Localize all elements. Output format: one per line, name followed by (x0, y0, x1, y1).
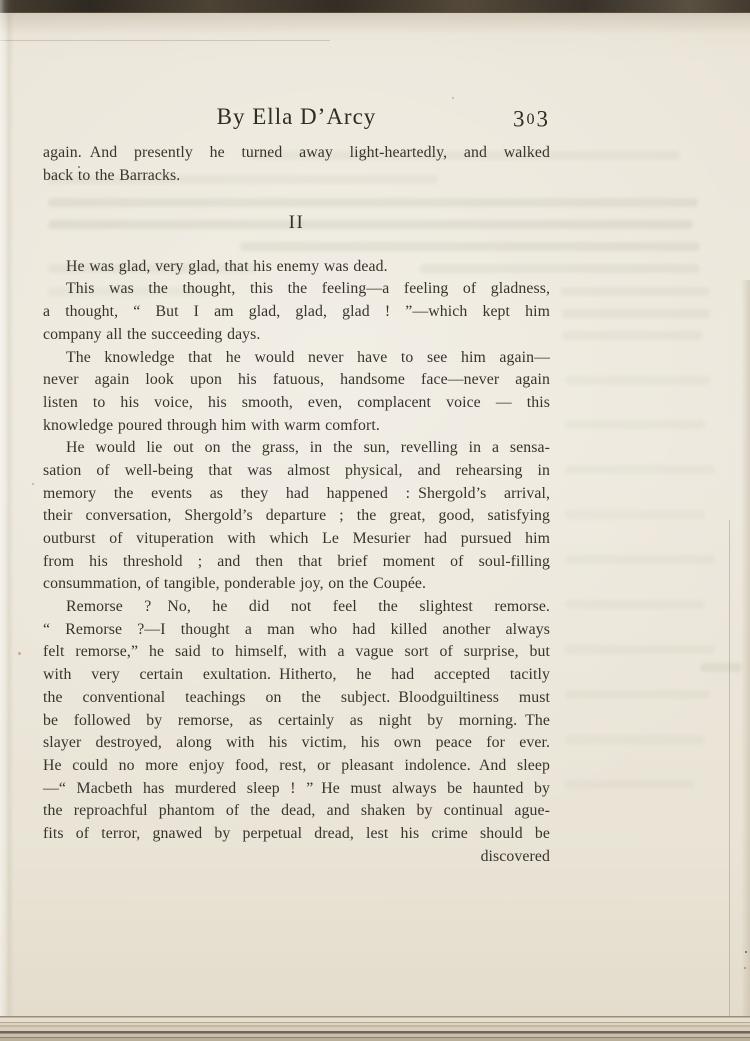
text-line: listen to his voice, his smooth, even, c… (43, 392, 550, 415)
text-line: consummation, of tangible, ponderable jo… (43, 573, 550, 596)
text-line: the reproachful phantom of the dead, and… (43, 800, 550, 823)
text-line: Remorse ? No, he did not feel the slight… (43, 596, 550, 619)
paper-speck (78, 166, 80, 168)
text-line: fits of terror, gnawed by perpetual drea… (43, 823, 550, 846)
text-line: the conventional teachings on the subjec… (43, 687, 550, 710)
text-line: knowledge poured through him with warm c… (43, 415, 550, 438)
show-through-ghost (565, 465, 715, 474)
text-line: back to the Barracks. (43, 165, 550, 188)
text-line: again. And presently he turned away ligh… (43, 142, 550, 165)
text-line: He could no more enjoy food, rest, or pl… (43, 755, 550, 778)
text-line: felt remorse,” he said to himself, with … (43, 641, 550, 664)
paper-speck (18, 652, 21, 655)
page-number-digit: 3 (537, 106, 551, 134)
show-through-ghost (565, 690, 710, 699)
page-number-digit: 3 (513, 106, 527, 134)
running-header: By Ella D’Arcy 303 (43, 103, 550, 131)
text-line: The knowledge that he would never have t… (43, 347, 550, 370)
text-line: company all the succeeding days. (43, 324, 550, 347)
text-line: This was the thought, this the feeling—a… (43, 278, 550, 301)
book-page-scan: By Ella D’Arcy 303 again. And presently … (0, 0, 750, 1041)
show-through-ghost (565, 600, 705, 609)
text-line: He would lie out on the grass, in the su… (43, 437, 550, 460)
top-shadow (0, 13, 750, 39)
text-line: He was glad, very glad, that his enemy w… (43, 256, 550, 279)
page-top-crease (0, 40, 330, 41)
text-line: a thought, “ But I am glad, glad, glad !… (43, 301, 550, 324)
page-left-edge (0, 0, 14, 1041)
page-number-digit: 0 (526, 111, 536, 128)
text-line: with very certain exultation. Hitherto, … (43, 664, 550, 687)
book-top-edge (0, 0, 750, 13)
text-line: —“ Macbeth has murdered sleep ! ” He mus… (43, 778, 550, 801)
show-through-ghost (565, 376, 710, 385)
show-through-ghost (565, 735, 705, 744)
text-line: memory the events as they had happened :… (43, 483, 550, 506)
text-line: never again look upon his fatuous, hands… (43, 369, 550, 392)
text-line: from his threshold ; and then that brief… (43, 551, 550, 574)
text-line: slayer destroyed, along with his victim,… (43, 732, 550, 755)
show-through-ghost (560, 287, 710, 296)
page-right-edge (741, 280, 750, 1041)
text-line: outburst of vituperation with which Le M… (43, 528, 550, 551)
show-through-ghost (565, 510, 705, 519)
book-bottom-page-edges (0, 1016, 750, 1041)
page-number: 303 (513, 103, 550, 134)
text-line: be followed by remorse, as certainly as … (43, 710, 550, 733)
paper-speck (744, 967, 746, 969)
show-through-ghost (565, 645, 715, 654)
show-through-ghost (562, 331, 702, 340)
paper-speck (745, 951, 747, 953)
catchword: discovered (43, 846, 550, 869)
paper-speck (32, 483, 34, 485)
header-title: By Ella D’Arcy (43, 103, 550, 131)
show-through-ghost (565, 555, 715, 564)
paper-speck (452, 97, 454, 99)
show-through-ghost (565, 780, 695, 789)
text-line: sation of well-being that was almost phy… (43, 460, 550, 483)
text-block: again. And presently he turned away ligh… (43, 142, 550, 868)
page-right-crease (729, 520, 730, 1016)
show-through-ghost (700, 663, 742, 672)
text-line: their conversation, Shergold’s departure… (43, 505, 550, 528)
section-heading: II (43, 212, 550, 235)
text-line: “ Remorse ?—I thought a man who had kill… (43, 619, 550, 642)
show-through-ghost (562, 309, 710, 318)
show-through-ghost (565, 420, 705, 429)
